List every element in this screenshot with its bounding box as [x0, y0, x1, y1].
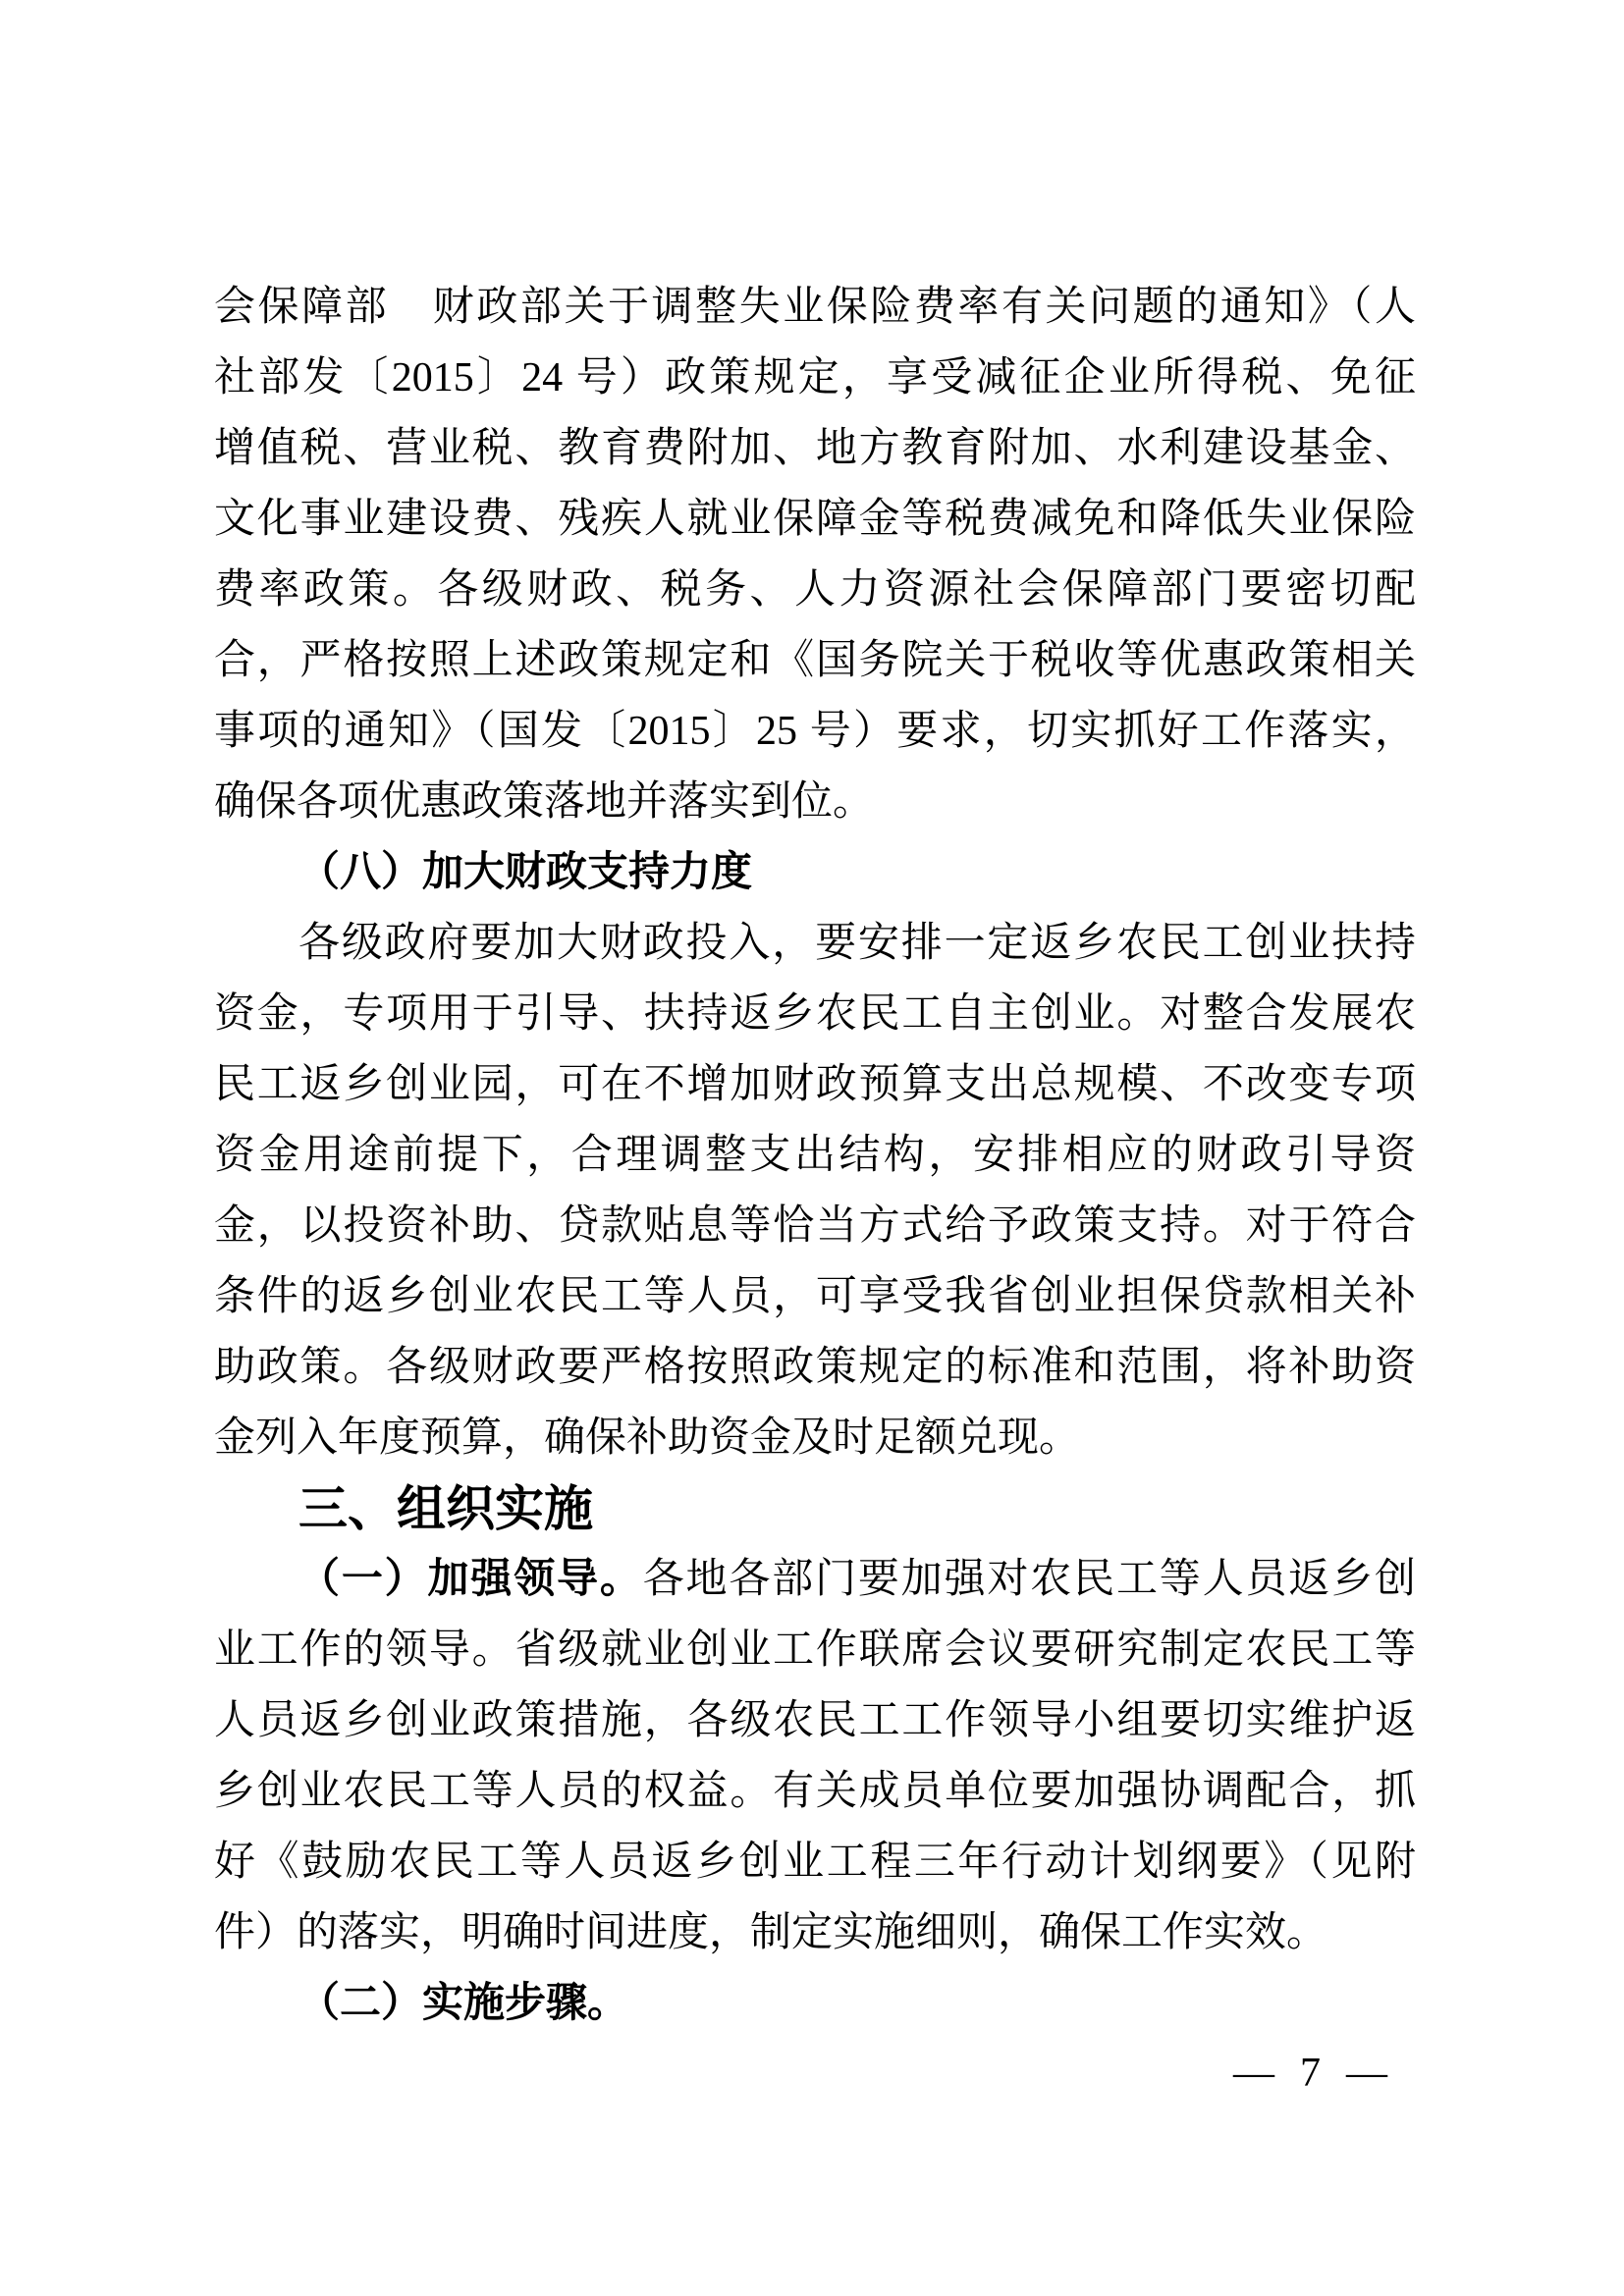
heading-3: 三、组织实施 [214, 1473, 1416, 1544]
text-line: 条件的返乡创业农民工等人员，可享受我省创业担保贷款相关补 [214, 1261, 1416, 1332]
text-line: 助政策。各级财政要严格按照政策规定的标准和范围，将补助资 [214, 1332, 1416, 1403]
text-line: 事项的通知》（国发〔2015〕25 号）要求，切实抓好工作落实， [214, 696, 1416, 767]
document-body: 会保障部 财政部关于调整失业保险费率有关问题的通知》（人社部发〔2015〕24 … [214, 272, 1416, 2039]
footer-page-number: 7 [1300, 2048, 1321, 2099]
footer-dash-right: — [1346, 2048, 1387, 2099]
heading-8: （八）加大财政支持力度 [214, 837, 1416, 908]
text-line: 确保各项优惠政策落地并落实到位。 [214, 767, 1416, 837]
text-line: 乡创业农民工等人员的权益。有关成员单位要加强协调配合，抓 [214, 1756, 1416, 1827]
text-line: 各级政府要加大财政投入，要安排一定返乡农民工创业扶持 [214, 908, 1416, 979]
text-line: 社部发〔2015〕24 号）政策规定，享受减征企业所得税、免征 [214, 343, 1416, 413]
footer-dash-left: — [1233, 2048, 1274, 2099]
text-line: 资金，专项用于引导、扶持返乡农民工自主创业。对整合发展农 [214, 979, 1416, 1049]
text-line: 金列入年度预算，确保补助资金及时足额兑现。 [214, 1403, 1416, 1473]
text-line: 好《鼓励农民工等人员返乡创业工程三年行动计划纲要》（见附 [214, 1827, 1416, 1897]
paragraph-fiscal-support: 各级政府要加大财政投入，要安排一定返乡农民工创业扶持资金，专项用于引导、扶持返乡… [214, 908, 1416, 1473]
section-heading: （八）加大财政支持力度 [214, 837, 1416, 908]
heading-2: （二）实施步骤。 [214, 1968, 1416, 2039]
body-text-run: 各地各部门要加强对农民工等人员返乡创 [643, 1557, 1416, 1602]
page-footer: — 7 — [1233, 2048, 1387, 2099]
text-line: 合，严格按照上述政策规定和《国务院关于税收等优惠政策相关 [214, 625, 1416, 696]
text-line: （一）加强领导。各地各部门要加强对农民工等人员返乡创 [214, 1544, 1416, 1615]
text-line: 人员返乡创业政策措施，各级农民工工作领导小组要切实维护返 [214, 1685, 1416, 1756]
text-line: 业工作的领导。省级就业创业工作联席会议要研究制定农民工等 [214, 1615, 1416, 1685]
chapter-heading: 三、组织实施 [214, 1473, 1416, 1544]
section-heading: （二）实施步骤。 [214, 1968, 1416, 2039]
text-line: 金，以投资补助、贷款贴息等恰当方式给予政策支持。对于符合 [214, 1191, 1416, 1261]
text-line: 费率政策。各级财政、税务、人力资源社会保障部门要密切配 [214, 555, 1416, 625]
paragraph-continued: 会保障部 财政部关于调整失业保险费率有关问题的通知》（人社部发〔2015〕24 … [214, 272, 1416, 837]
text-line: 增值税、营业税、教育费附加、地方教育附加、水利建设基金、 [214, 413, 1416, 484]
text-line: 资金用途前提下，合理调整支出结构，安排相应的财政引导资 [214, 1120, 1416, 1191]
paragraph-strengthen-leadership: （一）加强领导。各地各部门要加强对农民工等人员返乡创业工作的领导。省级就业创业工… [214, 1544, 1416, 1968]
text-line: 文化事业建设费、残疾人就业保障金等税费减免和降低失业保险 [214, 484, 1416, 555]
text-line: 会保障部 财政部关于调整失业保险费率有关问题的通知》（人 [214, 272, 1416, 343]
item-heading-run: （一）加强领导。 [298, 1557, 643, 1602]
text-line: 件）的落实，明确时间进度，制定实施细则，确保工作实效。 [214, 1897, 1416, 1968]
text-line: 民工返乡创业园，可在不增加财政预算支出总规模、不改变专项 [214, 1049, 1416, 1120]
document-page: 会保障部 财政部关于调整失业保险费率有关问题的通知》（人社部发〔2015〕24 … [0, 0, 1624, 2296]
